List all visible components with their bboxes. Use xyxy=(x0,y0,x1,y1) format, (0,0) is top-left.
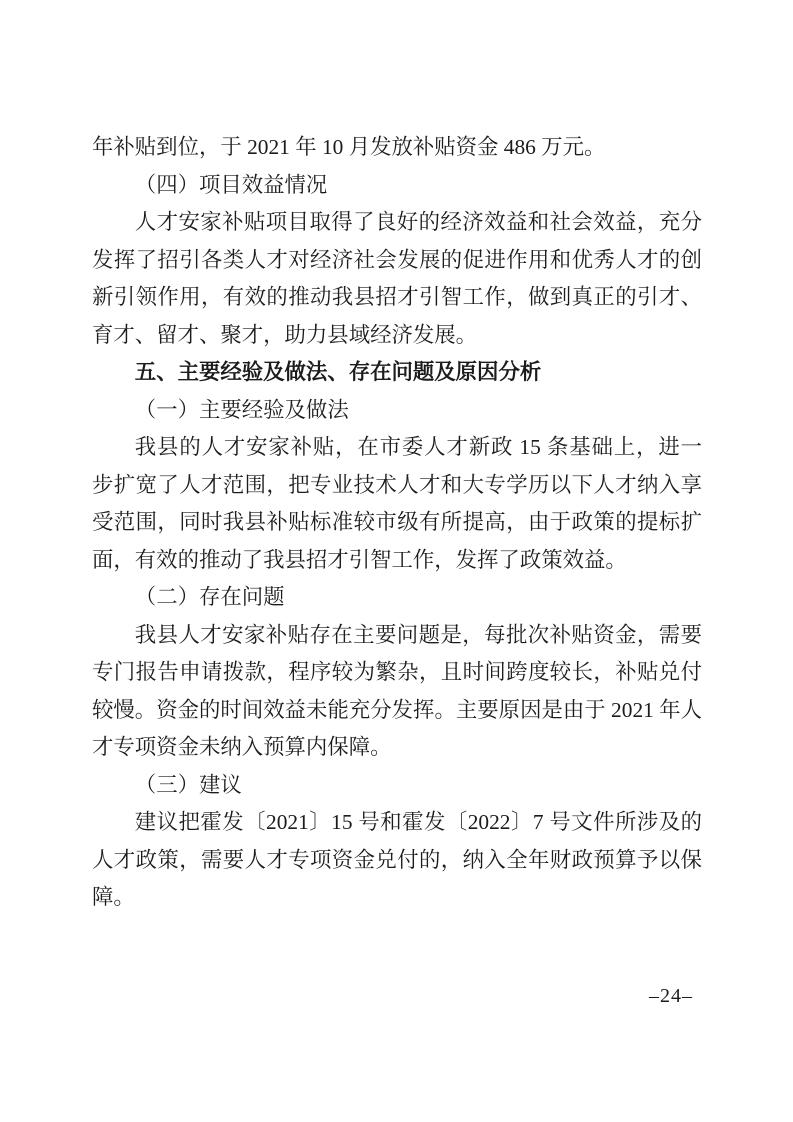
paragraph-line: 建议把霍发〔2021〕15 号和霍发〔2022〕7 号文件所涉及的 xyxy=(92,804,702,842)
paragraph-line: 面，有效的推动了我县招才引智工作，发挥了政策效益。 xyxy=(92,542,702,580)
paragraph-line: 障。 xyxy=(92,879,702,917)
subsection-heading-4: （四）项目效益情况 xyxy=(92,167,702,205)
document-page: 年补贴到位，于 2021 年 10 月发放补贴资金 486 万元。 （四）项目效… xyxy=(0,0,793,1122)
paragraph-line: 较慢。资金的时间效益未能充分发挥。主要原因是由于 2021 年人 xyxy=(92,692,702,730)
section-heading-5: 五、主要经验及做法、存在问题及原因分析 xyxy=(92,354,702,392)
paragraph-line: 步扩宽了人才范围，把专业技术人才和大专学历以下人才纳入享 xyxy=(92,467,702,505)
paragraph-line: 我县人才安家补贴存在主要问题是，每批次补贴资金，需要 xyxy=(92,617,702,655)
paragraph-line: 才专项资金未纳入预算内保障。 xyxy=(92,729,702,767)
paragraph-line: 受范围，同时我县补贴标准较市级有所提高，由于政策的提标扩 xyxy=(92,504,702,542)
subsection-heading-1: （一）主要经验及做法 xyxy=(92,392,702,430)
subsection-heading-3: （三）建议 xyxy=(92,767,702,805)
paragraph-line: 新引领作用，有效的推动我县招才引智工作，做到真正的引才、 xyxy=(92,279,702,317)
paragraph-line: 人才政策，需要人才专项资金兑付的，纳入全年财政预算予以保 xyxy=(92,842,702,880)
paragraph-line: 我县的人才安家补贴，在市委人才新政 15 条基础上，进一 xyxy=(92,429,702,467)
paragraph-line: 专门报告申请拨款，程序较为繁杂，且时间跨度较长，补贴兑付 xyxy=(92,654,702,692)
paragraph-line: 年补贴到位，于 2021 年 10 月发放补贴资金 486 万元。 xyxy=(92,129,702,167)
paragraph-line: 人才安家补贴项目取得了良好的经济效益和社会效益，充分 xyxy=(92,204,702,242)
paragraph-line: 育才、留才、聚才，助力县域经济发展。 xyxy=(92,317,702,355)
document-body: 年补贴到位，于 2021 年 10 月发放补贴资金 486 万元。 （四）项目效… xyxy=(92,129,702,917)
page-number: –24– xyxy=(649,985,693,1008)
paragraph-line: 发挥了招引各类人才对经济社会发展的促进作用和优秀人才的创 xyxy=(92,242,702,280)
subsection-heading-2: （二）存在问题 xyxy=(92,579,702,617)
